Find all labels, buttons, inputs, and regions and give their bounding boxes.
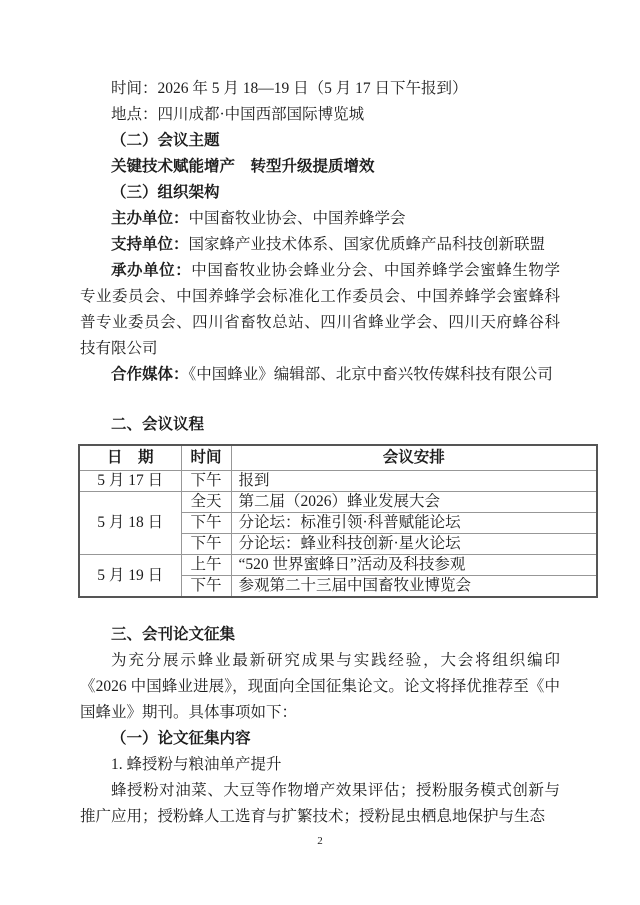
para-organizers: 承办单位：中国畜牧业协会蜂业分会、中国养蜂学会蜜蜂生物学专业委员会、中国养蜂学会… — [80, 258, 560, 362]
para-meeting-venue: 地点：四川成都·中国西部国际博览城 — [80, 102, 560, 128]
cell-time: 下午 — [181, 534, 231, 555]
cell-event: “520 世界蜜蜂日”活动及科技参观 — [231, 555, 597, 576]
table-row: 5 月 19 日 上午 “520 世界蜜蜂日”活动及科技参观 — [79, 555, 597, 576]
hosts-value: 中国畜牧业协会、中国养蜂学会 — [189, 210, 406, 227]
cell-time: 上午 — [181, 555, 231, 576]
agenda-header-row: 日 期 时间 会议安排 — [79, 445, 597, 471]
page-number: 2 — [80, 835, 560, 848]
organizers-label: 承办单位： — [111, 262, 191, 279]
media-partners-value: 《中国蜂业》编辑部、北京中畜兴牧传媒科技有限公司 — [189, 366, 553, 383]
heading-paper-topics: （一）论文征集内容 — [80, 726, 560, 752]
meeting-venue-label: 地点： — [111, 106, 158, 123]
hosts-label: 主办单位： — [111, 210, 189, 227]
meeting-time-label: 时间： — [111, 80, 158, 97]
col-header-arrangement: 会议安排 — [231, 445, 597, 471]
cell-time: 下午 — [181, 576, 231, 598]
heading-paper-solicitation: 三、会刊论文征集 — [80, 622, 560, 648]
supporters-label: 支持单位： — [111, 236, 189, 253]
cell-event: 分论坛：蜂业科技创新·星火论坛 — [231, 534, 597, 555]
cell-event: 报到 — [231, 471, 597, 492]
heading-org-structure: （三）组织架构 — [80, 180, 560, 206]
col-header-date: 日 期 — [79, 445, 181, 471]
cell-event: 分论坛：标准引领·科普赋能论坛 — [231, 513, 597, 534]
cell-time: 下午 — [181, 513, 231, 534]
meeting-time-value: 2026 年 5 月 18—19 日（5 月 17 日下午报到） — [158, 80, 468, 97]
meeting-venue-value: 四川成都·中国西部国际博览城 — [158, 106, 365, 123]
theme-slogan: 关键技术赋能增产 转型升级提质增效 — [80, 154, 560, 180]
cell-time: 下午 — [181, 471, 231, 492]
table-row: 5 月 18 日 全天 第二届（2026）蜂业发展大会 — [79, 492, 597, 513]
heading-meeting-theme: （二）会议主题 — [80, 128, 560, 154]
cell-event: 参观第二十三届中国畜牧业博览会 — [231, 576, 597, 598]
para-hosts: 主办单位：中国畜牧业协会、中国养蜂学会 — [80, 206, 560, 232]
media-partners-label: 合作媒体： — [111, 366, 189, 383]
para-meeting-time: 时间：2026 年 5 月 18—19 日（5 月 17 日下午报到） — [80, 76, 560, 102]
cell-time: 全天 — [181, 492, 231, 513]
col-header-time: 时间 — [181, 445, 231, 471]
heading-agenda: 二、会议议程 — [80, 412, 560, 438]
para-supporters: 支持单位：国家蜂产业技术体系、国家优质蜂产品科技创新联盟 — [80, 232, 560, 258]
cell-date: 5 月 18 日 — [79, 492, 181, 555]
cell-date: 5 月 19 日 — [79, 555, 181, 598]
cell-date: 5 月 17 日 — [79, 471, 181, 492]
topic1-description: 蜂授粉对油菜、大豆等作物增产效果评估；授粉服务模式创新与推广应用；授粉蜂人工选育… — [80, 778, 560, 830]
supporters-value: 国家蜂产业技术体系、国家优质蜂产品科技创新联盟 — [189, 236, 546, 253]
cell-event: 第二届（2026）蜂业发展大会 — [231, 492, 597, 513]
agenda-table: 日 期 时间 会议安排 5 月 17 日 下午 报到 5 月 18 日 全天 第… — [78, 444, 598, 598]
topic1-title: 1. 蜂授粉与粮油单产提升 — [80, 752, 560, 778]
para-media-partners: 合作媒体：《中国蜂业》编辑部、北京中畜兴牧传媒科技有限公司 — [80, 362, 560, 388]
document-page: 时间：2026 年 5 月 18—19 日（5 月 17 日下午报到） 地点：四… — [0, 0, 640, 905]
table-row: 5 月 17 日 下午 报到 — [79, 471, 597, 492]
para-paper-intro: 为充分展示蜂业最新研究成果与实践经验，大会将组织编印《2026 中国蜂业进展》，… — [80, 648, 560, 726]
